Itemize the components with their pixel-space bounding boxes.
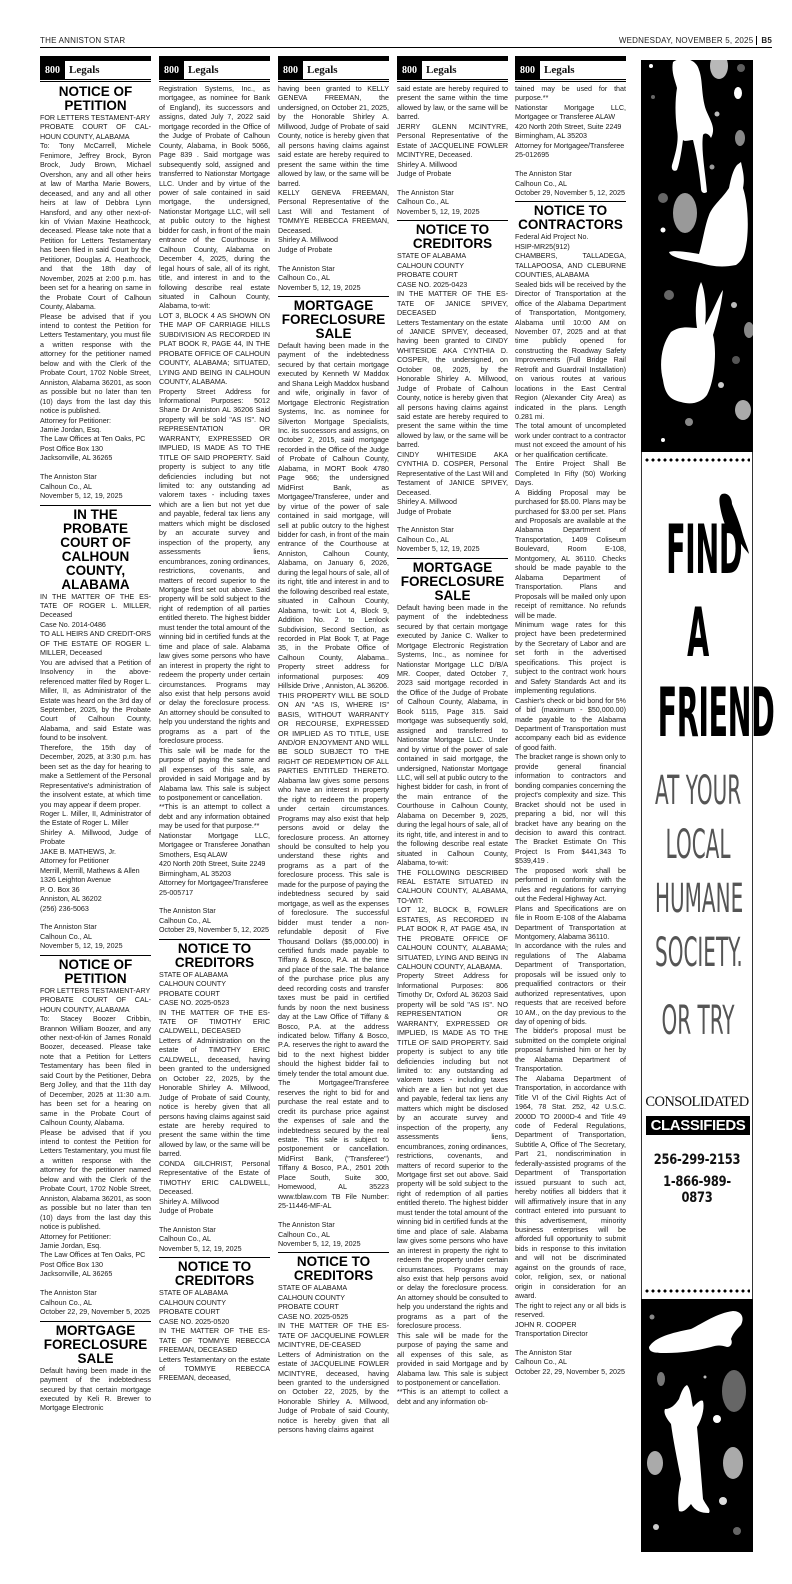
notice-paragraph: 1326 Leighton Avenue: [40, 876, 151, 885]
issue-date: WEDNESDAY, NOVEMBER 5, 2025B5: [619, 36, 772, 45]
notice-paragraph: IN THE MATTER OF THE ES-TATE OF TIMOTHY …: [159, 1009, 270, 1037]
iguana-silhouette-icon: [649, 1311, 743, 1353]
section-label: Legals: [540, 61, 575, 79]
notice-paragraph: Attorney for Petitioner:: [40, 1233, 151, 1242]
notice-paragraph: LOT 12, BLOCK B, FOWLER ESTATES, AS RECO…: [397, 906, 508, 972]
notice-paragraph: **This is an attempt to collect a debt a…: [159, 803, 270, 831]
notice-paragraph: The Law Offices at Ten Oaks, PC: [40, 1251, 151, 1260]
notice-title: NOTICE TO CREDITORS: [159, 1260, 270, 1288]
ad-phone-local[interactable]: 256-299-2153: [652, 1152, 742, 1168]
notice-title: NOTICE TO CREDITORS: [397, 223, 508, 251]
notice-paragraph: Please be advised that if you intend to …: [40, 313, 151, 417]
notice-paragraph: October 22, 29, November 5, 2025: [515, 1368, 626, 1377]
spacer: [397, 517, 508, 526]
notice-title: NOTICE TO CREDITORS: [278, 1255, 389, 1283]
notice-paragraph: CASE NO. 2025-0523: [159, 999, 270, 1008]
notice-paragraph: CALHOUN COUNTY: [397, 262, 508, 271]
section-header: 800 Legals: [40, 56, 151, 82]
notice-paragraph: The Anniston Star: [515, 1349, 626, 1358]
notice-paragraph: Nationstar Mortgage LLC, Mortgagee or Tr…: [159, 832, 270, 860]
notice-paragraph: November 5, 12, 19, 2025: [159, 1245, 270, 1254]
section-header: 800 Legals: [159, 56, 270, 82]
notice-paragraph: Cashier's check or bid bond for 5% of bi…: [515, 697, 626, 754]
notice-paragraph: To: Tony McCarrell, Michele Fenimore, Je…: [40, 142, 151, 312]
notice-paragraph: November 5, 12, 19, 2025: [397, 208, 508, 217]
notice-paragraph: Merrill, Merrill, Mathews & Allen: [40, 867, 151, 876]
notice-paragraph: The bidder's proposal must be submitted …: [515, 1027, 626, 1074]
notice-paragraph: Shirley A. Millwood: [397, 161, 508, 170]
spacer: [159, 898, 270, 907]
pets-illustration-icon: [641, 60, 753, 452]
notice-divider: [40, 1321, 151, 1322]
notice-paragraph: PROBATE COURT OF CAL-HOUN COUNTY, ALABAM…: [40, 996, 151, 1015]
dotted-border: [644, 458, 750, 462]
ad-subline-society: SOCIETY.: [655, 932, 741, 974]
ad-subline-humane: HUMANE: [655, 878, 741, 920]
notice-paragraph: PROBATE COURT: [397, 271, 508, 280]
notice-paragraph: 420 North 20th Street, Suite 2249: [159, 860, 270, 869]
notice-paragraph: Anniston, AL 36202: [40, 895, 151, 904]
column-body: NOTICE OF PETITIONFOR LETTERS TESTAMENT-…: [40, 85, 151, 1414]
notice-title: IN THE PROBATE COURT OF CALHOUN COUNTY, …: [40, 508, 151, 592]
notice-paragraph: October 22, 29, November 5, 2025: [40, 1308, 151, 1317]
notice-paragraph: Jacksonville, AL 36265: [40, 454, 151, 463]
ad-headline-a: A: [666, 597, 730, 671]
notice-title: NOTICE TO CONTRACTORS: [515, 204, 626, 232]
notice-paragraph: KELLY GENEVA FREEMAN, Personal Represent…: [278, 189, 389, 236]
notice-paragraph: Calhoun Co., AL: [159, 917, 270, 926]
notice-paragraph: Calhoun Co., AL: [397, 198, 508, 207]
spacer: [397, 180, 508, 189]
notice-title: MORTGAGE FORECLOSURE SALE: [278, 299, 389, 341]
notice-paragraph: Calhoun Co., AL: [515, 1358, 626, 1367]
notice-paragraph: Roger L. Miller, II, Administrator of th…: [40, 810, 151, 829]
notice-paragraph: Post Office Box 130: [40, 1261, 151, 1270]
notice-paragraph: HSIP-MR25(912): [515, 243, 626, 252]
notice-paragraph: Sealed bids will be received by the Dire…: [515, 281, 626, 423]
section-number: 800: [159, 61, 184, 79]
notice-paragraph: STATE OF ALABAMA: [278, 1284, 389, 1293]
legal-column-3: 800 Legals having been granted to KELLY …: [278, 56, 389, 1436]
notice-paragraph: Letters Testamentary on the estate of TO…: [159, 1356, 270, 1384]
section-label: Legals: [184, 61, 219, 79]
notice-paragraph: LOT 3, BLOCK 4 AS SHOWN ON THE MAP OF CA…: [159, 312, 270, 388]
notice-paragraph: CALHOUN COUNTY: [159, 1299, 270, 1308]
notice-paragraph: PROBATE COURT: [278, 1303, 389, 1312]
ad-phone-tollfree[interactable]: 1-866-989-0873: [652, 1174, 742, 1206]
notice-divider: [159, 1257, 270, 1258]
spacer: [40, 1280, 151, 1289]
notice-paragraph: The Anniston Star: [278, 1221, 389, 1230]
notice-title: MORTGAGE FORECLOSURE SALE: [397, 561, 508, 603]
notice-paragraph: Judge of Probate: [397, 170, 508, 179]
notice-paragraph: Calhoun Co., AL: [397, 536, 508, 545]
notice-title: NOTICE OF PETITION: [40, 85, 151, 113]
notice-paragraph: CHAMBERS, TALLADEGA, TALLAPOOSA, AND CLE…: [515, 252, 626, 280]
pets-illustration-bottom-icon: [641, 1299, 753, 1552]
notice-title: NOTICE TO CREDITORS: [159, 942, 270, 970]
ad-bottom-panel: [641, 1299, 753, 1552]
notice-paragraph: CONDA GILCHRIST, Personal Representative…: [159, 1160, 270, 1198]
notice-paragraph: Jamie Jordan, Esq.: [40, 1242, 151, 1251]
dotted-border: [644, 1289, 750, 1293]
notice-paragraph: IN THE MATTER OF THE ES-TATE OF ROGER L.…: [40, 593, 151, 621]
notice-paragraph: Property Street Address for Informationa…: [159, 388, 270, 747]
section-number: 800: [40, 61, 65, 79]
notice-title: MORTGAGE FORECLOSURE SALE: [40, 1324, 151, 1366]
notice-paragraph: The Anniston Star: [159, 1226, 270, 1235]
notice-paragraph: JOHN R. COOPER: [515, 1321, 626, 1330]
notice-paragraph: November 5, 12, 19, 2025: [40, 492, 151, 501]
cat-standing-silhouette-icon: [664, 1385, 709, 1513]
notice-title: NOTICE OF PETITION: [40, 958, 151, 986]
notice-paragraph: Default having been made in the payment …: [278, 342, 389, 1212]
notice-paragraph: Shirley A. Millwood: [278, 236, 389, 245]
notice-divider: [159, 939, 270, 940]
notice-divider: [397, 220, 508, 221]
spacer: [40, 914, 151, 923]
notice-paragraph: November 5, 12, 19, 2025: [278, 1240, 389, 1249]
notice-paragraph: The Anniston Star: [397, 189, 508, 198]
notice-paragraph: Transportation Director: [515, 1330, 626, 1339]
notice-paragraph: IN THE MATTER OF THE ES-TATE OF JACQUELI…: [278, 1322, 389, 1350]
notice-paragraph: CASE NO. 2025-0423: [397, 281, 508, 290]
notice-paragraph: Calhoun Co., AL: [40, 483, 151, 492]
spacer: [515, 1339, 626, 1348]
notice-paragraph: Judge of Probate: [397, 508, 508, 517]
notice-paragraph: Please be advised that if you intend to …: [40, 1129, 151, 1233]
notice-paragraph: Shirley A. Millwood: [397, 498, 508, 507]
notice-paragraph: The Anniston Star: [515, 170, 626, 179]
notice-paragraph: Post Office Box 130: [40, 445, 151, 454]
notice-paragraph: Therefore, the 15th day of December, 202…: [40, 744, 151, 810]
notice-divider: [278, 296, 389, 297]
notice-paragraph: CASE NO. 2025-0520: [159, 1318, 270, 1327]
column-body: said estate are hereby required to prese…: [397, 85, 508, 1407]
notice-paragraph: FOR LETTERS TESTAMENT-ARY: [40, 987, 151, 996]
ad-headline-friend: FRIEND: [658, 677, 739, 751]
notice-paragraph: The Anniston Star: [40, 923, 151, 932]
notice-paragraph: Minimum wage rates for this project have…: [515, 621, 626, 697]
notice-paragraph: 25-012695: [515, 151, 626, 160]
notice-divider: [40, 505, 151, 506]
ad-subline-at-your: AT YOUR: [655, 770, 741, 812]
notice-paragraph: A Bidding Proposal may be purchased for …: [515, 489, 626, 621]
notice-paragraph: STATE OF ALABAMA: [397, 252, 508, 261]
section-label: Legals: [65, 61, 100, 79]
notice-paragraph: October 29, November 5, 12, 2025: [515, 189, 626, 198]
notice-paragraph: Attorney for Mortgagee/Transferee: [159, 879, 270, 888]
legal-column-2: 800 Legals Registration Systems, Inc., a…: [159, 56, 270, 1384]
section-number: 800: [397, 61, 422, 79]
notice-paragraph: Birmingham, AL 35203: [159, 870, 270, 879]
notice-paragraph: Jacksonville, AL 36265: [40, 1270, 151, 1279]
notice-paragraph: CALHOUN COUNTY: [278, 1294, 389, 1303]
notice-paragraph: The Entire Project Shall Be Completed In…: [515, 460, 626, 488]
publication-name: THE ANNISTON STAR: [40, 36, 125, 45]
notice-paragraph: Calhoun Co., AL: [515, 180, 626, 189]
notice-paragraph: STATE OF ALABAMA: [159, 1289, 270, 1298]
column-body: tained may be used for that purpose.**Na…: [515, 85, 626, 1377]
notice-paragraph: Default having been made in the payment …: [397, 604, 508, 869]
section-number: 800: [515, 61, 540, 79]
notice-paragraph: The total amount of uncompleted work und…: [515, 422, 626, 460]
notice-paragraph: The Anniston Star: [40, 1289, 151, 1298]
page-masthead: THE ANNISTON STAR WEDNESDAY, NOVEMBER 5,…: [40, 34, 772, 48]
notice-paragraph: The proposed work shall be performed in …: [515, 867, 626, 905]
notice-paragraph: **This is an attempt to collect a debt a…: [397, 1388, 508, 1407]
notice-paragraph: Letters of Administration on the estate …: [278, 1351, 389, 1436]
notice-paragraph: JERRY GLENN MCINTYRE, Personal Represent…: [397, 123, 508, 161]
notice-paragraph: The Alabama Department of Transportation…: [515, 1075, 626, 1302]
notice-paragraph: Calhoun Co., AL: [40, 1299, 151, 1308]
spacer: [278, 1212, 389, 1221]
notice-paragraph: November 5, 12, 19, 2025: [40, 942, 151, 951]
notice-paragraph: Federal Aid Project No.: [515, 233, 626, 242]
rabbit-silhouette-icon: [661, 282, 723, 403]
notice-paragraph: Plans and Specifications are on file in …: [515, 905, 626, 943]
notice-paragraph: Judge of Probate: [278, 246, 389, 255]
notice-paragraph: CALHOUN COUNTY: [159, 980, 270, 989]
notice-paragraph: 420 North 20th Street, Suite 2249: [515, 123, 626, 132]
notice-paragraph: Shirley A. Millwood: [159, 1198, 270, 1207]
ad-subline-or-try: OR TRY: [655, 1000, 741, 1042]
notice-paragraph: The Anniston Star: [40, 473, 151, 482]
notice-paragraph: STATE OF ALABAMA: [159, 971, 270, 980]
page-number: B5: [756, 36, 772, 45]
legal-column-1: 800 Legals NOTICE OF PETITIONFOR LETTERS…: [40, 56, 151, 1414]
notice-paragraph: THE FOLLOWING DESCRIBED REAL ESTATE SITU…: [397, 869, 508, 907]
legal-column-4: 800 Legals said estate are hereby requir…: [397, 56, 508, 1407]
notice-paragraph: The Anniston Star: [397, 526, 508, 535]
notice-paragraph: Jamie Jordan, Esq.: [40, 426, 151, 435]
notice-paragraph: PROBATE COURT: [159, 1308, 270, 1317]
notice-paragraph: Attorney for Petitioner:: [40, 417, 151, 426]
notice-paragraph: CINDY WHITESIDE AKA CYNTHIA D. COSPER, P…: [397, 451, 508, 498]
section-number: 800: [278, 61, 303, 79]
ad-subline-local: LOCAL: [655, 824, 741, 866]
ad-brand-consolidated: CONSOLIDATED: [642, 1094, 752, 1111]
ad-brand-classifieds: CLASSIFIEDS: [646, 1116, 750, 1135]
notice-paragraph: You are advised that a Petition of Insol…: [40, 659, 151, 744]
notice-paragraph: IN THE MATTER OF THE ES-TATE OF TOMMYE R…: [159, 1327, 270, 1355]
column-body: having been granted to KELLY GENEVA FREE…: [278, 85, 389, 1436]
notice-paragraph: The right to reject any or all bids is r…: [515, 1302, 626, 1321]
notice-paragraph: Case No. 2014-0486: [40, 621, 151, 630]
spacer: [159, 1217, 270, 1226]
notice-paragraph: To: Stacey Boozer Cribbin, Brannon Willi…: [40, 1015, 151, 1128]
notice-paragraph: 25-005717: [159, 889, 270, 898]
notice-paragraph: Attorney for Mortgagee/Transferee: [515, 142, 626, 151]
spacer: [40, 464, 151, 473]
notice-paragraph: The Law Offices at Ten Oaks, PC: [40, 435, 151, 444]
column-body: Registration Systems, Inc., as mortgagee…: [159, 85, 270, 1384]
notice-paragraph: P. O. Box 36: [40, 886, 151, 895]
notice-paragraph: Letters Testamentary on the estate of JA…: [397, 319, 508, 451]
date-text: WEDNESDAY, NOVEMBER 5, 2025: [619, 36, 753, 45]
notice-paragraph: Nationstar Mortgage LLC, Mortgagee or Tr…: [515, 104, 626, 123]
notice-paragraph: (256) 236-5063: [40, 905, 151, 914]
ad-headline-find: FIND: [666, 514, 730, 588]
notice-paragraph: Property Street Address for Informationa…: [397, 972, 508, 1331]
notice-paragraph: IN THE MATTER OF THE ES-TATE OF JANICE S…: [397, 290, 508, 318]
notice-paragraph: Letters of Administration on the estate …: [159, 1037, 270, 1160]
notice-divider: [515, 201, 626, 202]
notice-paragraph: October 29, November 5, 12, 2025: [159, 926, 270, 935]
section-header: 800 Legals: [278, 56, 389, 82]
notice-paragraph: This sale will be made for the purpose o…: [159, 747, 270, 804]
notice-paragraph: having been granted to KELLY GENEVA FREE…: [278, 85, 389, 189]
notice-paragraph: PROBATE COURT OF CAL-HOUN COUNTY, ALABAM…: [40, 123, 151, 142]
notice-paragraph: JAKE B. MATHEWS, Jr.: [40, 848, 151, 857]
notice-paragraph: TO ALL HEIRS AND CREDIT-ORS OF THE ESTAT…: [40, 630, 151, 658]
notice-paragraph: The Anniston Star: [278, 265, 389, 274]
spacer: [515, 161, 626, 170]
notice-paragraph: Calhoun Co., AL: [278, 274, 389, 283]
notice-divider: [40, 955, 151, 956]
notice-paragraph: Birmingham, AL 35203: [515, 132, 626, 141]
notice-paragraph: This sale will be made for the purpose o…: [397, 1332, 508, 1389]
notice-paragraph: Judge of Probate: [159, 1207, 270, 1216]
notice-paragraph: tained may be used for that purpose.**: [515, 85, 626, 104]
notice-paragraph: Default having been made in the payment …: [40, 1367, 151, 1414]
ad-top-panel: [641, 60, 753, 452]
notice-paragraph: Attorney for Petitioner: [40, 857, 151, 866]
notice-paragraph: Calhoun Co., AL: [159, 1235, 270, 1244]
notice-paragraph: The Anniston Star: [159, 907, 270, 916]
notice-paragraph: CASE NO. 2025-0525: [278, 1313, 389, 1322]
humane-society-ad: FIND A FRIEND AT YOUR LOCAL HUMANE SOCIE…: [641, 60, 753, 1568]
spacer: [278, 255, 389, 264]
section-header: 800 Legals: [515, 56, 626, 82]
notice-paragraph: PROBATE COURT: [159, 990, 270, 999]
notice-paragraph: November 5, 12, 19, 2025: [278, 284, 389, 293]
section-header: 800 Legals: [397, 56, 508, 82]
notice-paragraph: The bracket range is shown only to provi…: [515, 753, 626, 866]
notice-paragraph: Calhoun Co., AL: [278, 1231, 389, 1240]
notice-paragraph: Calhoun Co., AL: [40, 933, 151, 942]
ad-message-panel: FIND A FRIEND AT YOUR LOCAL HUMANE SOCIE…: [641, 452, 753, 1299]
notice-divider: [397, 558, 508, 559]
section-label: Legals: [422, 61, 457, 79]
dog-silhouette-icon: [672, 60, 713, 193]
notice-paragraph: Shirley A. Millwood, Judge of Probate: [40, 829, 151, 848]
section-label: Legals: [303, 61, 338, 79]
notice-paragraph: FOR LETTERS TESTAMENT-ARY: [40, 114, 151, 123]
notice-paragraph: In accordance with the rules and regulat…: [515, 942, 626, 1027]
notice-paragraph: Registration Systems, Inc., as mortgagee…: [159, 85, 270, 312]
notice-paragraph: said estate are hereby required to prese…: [397, 85, 508, 123]
notice-divider: [278, 1252, 389, 1253]
notice-paragraph: November 5, 12, 19, 2025: [397, 545, 508, 554]
legal-column-5: 800 Legals tained may be used for that p…: [515, 56, 626, 1377]
